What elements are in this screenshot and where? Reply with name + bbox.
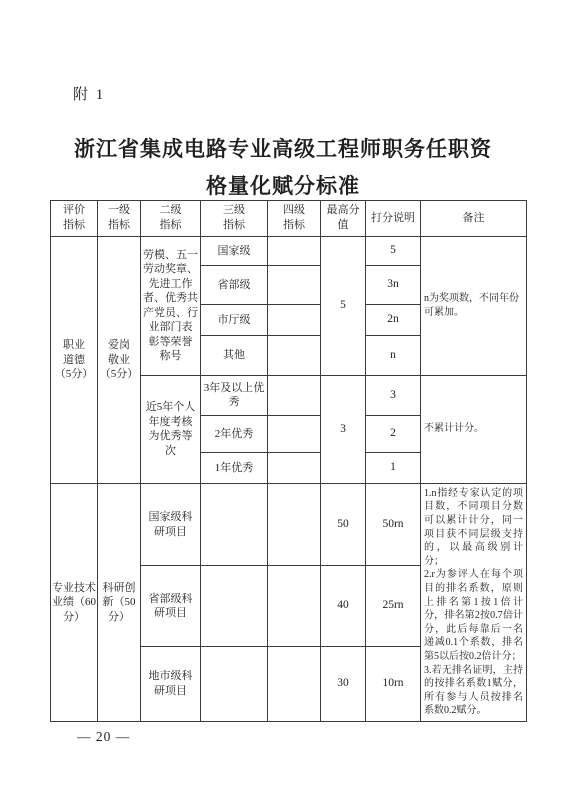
- cell-level4-empty: [268, 375, 321, 415]
- cell-max-score-annual: 3: [321, 375, 366, 483]
- cell-level4-empty: [268, 452, 321, 483]
- cell-level2-provincial-project: 省部级科 研项目: [141, 566, 201, 646]
- header-eval-indicator: 评价 指标: [51, 201, 98, 237]
- cell-score-provincial: 3n: [366, 265, 421, 304]
- cell-score-3yr: 3: [366, 375, 421, 415]
- cell-score-national: 5: [366, 236, 421, 265]
- cell-level3-empty: [201, 566, 268, 646]
- cell-remark-annual: 不累计计分。: [421, 375, 527, 483]
- cell-level1-research-innovation: 科研创 新（50 分）: [98, 483, 141, 721]
- cell-score-municipal: 2n: [366, 304, 421, 335]
- attachment-label: 附 1: [73, 83, 105, 104]
- cell-score-1yr: 1: [366, 452, 421, 483]
- page-title-line1: 浙江省集成电路专业高级工程师职务任职资: [0, 131, 566, 168]
- page-number: — 20 —: [77, 729, 130, 745]
- header-scoring-note: 打分说明: [366, 201, 421, 237]
- cell-level4-empty: [268, 566, 321, 646]
- cell-score-national-project: 50rn: [366, 483, 421, 566]
- cell-score-provincial-project: 25rn: [366, 566, 421, 646]
- cell-category-ethics: 职业 道德 （5分）: [51, 236, 98, 483]
- cell-level4-empty: [268, 483, 321, 566]
- table-row: 职业 道德 （5分） 爱岗 敬业 （5分） 劳模、五一 劳动奖章、 先进工作 者…: [51, 236, 527, 265]
- cell-level2-annual-review: 近5年个人 年度考核 为优秀等 次: [141, 375, 201, 483]
- table-row: 专业技术 业绩（60 分） 科研创 新（50 分） 国家级科 研项目 50 50…: [51, 483, 527, 566]
- cell-max-score-provincial-project: 40: [321, 566, 366, 646]
- cell-level2-honors: 劳模、五一 劳动奖章、 先进工作 者、优秀共 产党员、行 业部门表 彰等荣誉 称…: [141, 236, 201, 375]
- cell-score-other: n: [366, 335, 421, 375]
- cell-level4-empty: [268, 265, 321, 304]
- header-level4-indicator: 四级 指标: [268, 201, 321, 237]
- cell-level4-empty: [268, 236, 321, 265]
- table-header-row: 评价 指标 一级 指标 二级 指标 三级 指标 四级 指标 最高分 值 打分说明…: [51, 201, 527, 237]
- header-max-score: 最高分 值: [321, 201, 366, 237]
- cell-level4-empty: [268, 335, 321, 375]
- header-level3-indicator: 三级 指标: [201, 201, 268, 237]
- cell-score-city-project: 10rn: [366, 646, 421, 721]
- cell-level2-city-project: 地市级科 研项目: [141, 646, 201, 721]
- cell-level4-empty: [268, 304, 321, 335]
- cell-max-score-honors: 5: [321, 236, 366, 375]
- cell-level4-empty: [268, 646, 321, 721]
- cell-remark-projects: 1.n指经专家认定的项目数，不同项目分数可以累计计分，同一项目获不同层级支持的，…: [421, 483, 527, 721]
- cell-level3-3yr-excellent: 3年及以上优 秀: [201, 375, 268, 415]
- header-level1-indicator: 一级 指标: [98, 201, 141, 237]
- page-title: 浙江省集成电路专业高级工程师职务任职资 格量化赋分标准: [0, 131, 566, 205]
- cell-score-2yr: 2: [366, 415, 421, 452]
- cell-level1-dedication: 爱岗 敬业 （5分）: [98, 236, 141, 483]
- cell-max-score-city-project: 30: [321, 646, 366, 721]
- cell-level3-national: 国家级: [201, 236, 268, 265]
- cell-level3-2yr-excellent: 2年优秀: [201, 415, 268, 452]
- cell-level3-1yr-excellent: 1年优秀: [201, 452, 268, 483]
- scoring-standards-table: 评价 指标 一级 指标 二级 指标 三级 指标 四级 指标 最高分 值 打分说明…: [50, 200, 527, 722]
- cell-level3-provincial: 省部级: [201, 265, 268, 304]
- cell-remark-honors: n为奖项数，不同年份 可累加。: [421, 236, 527, 375]
- header-level2-indicator: 二级 指标: [141, 201, 201, 237]
- cell-level3-empty: [201, 646, 268, 721]
- cell-max-score-national-project: 50: [321, 483, 366, 566]
- header-remarks: 备注: [421, 201, 527, 237]
- cell-level2-national-project: 国家级科 研项目: [141, 483, 201, 566]
- cell-level3-municipal: 市厅级: [201, 304, 268, 335]
- cell-category-performance: 专业技术 业绩（60 分）: [51, 483, 98, 721]
- cell-level3-empty: [201, 483, 268, 566]
- document-page: 附 1 浙江省集成电路专业高级工程师职务任职资 格量化赋分标准 评价 指标 一级…: [0, 0, 566, 800]
- cell-level4-empty: [268, 415, 321, 452]
- cell-level3-other: 其他: [201, 335, 268, 375]
